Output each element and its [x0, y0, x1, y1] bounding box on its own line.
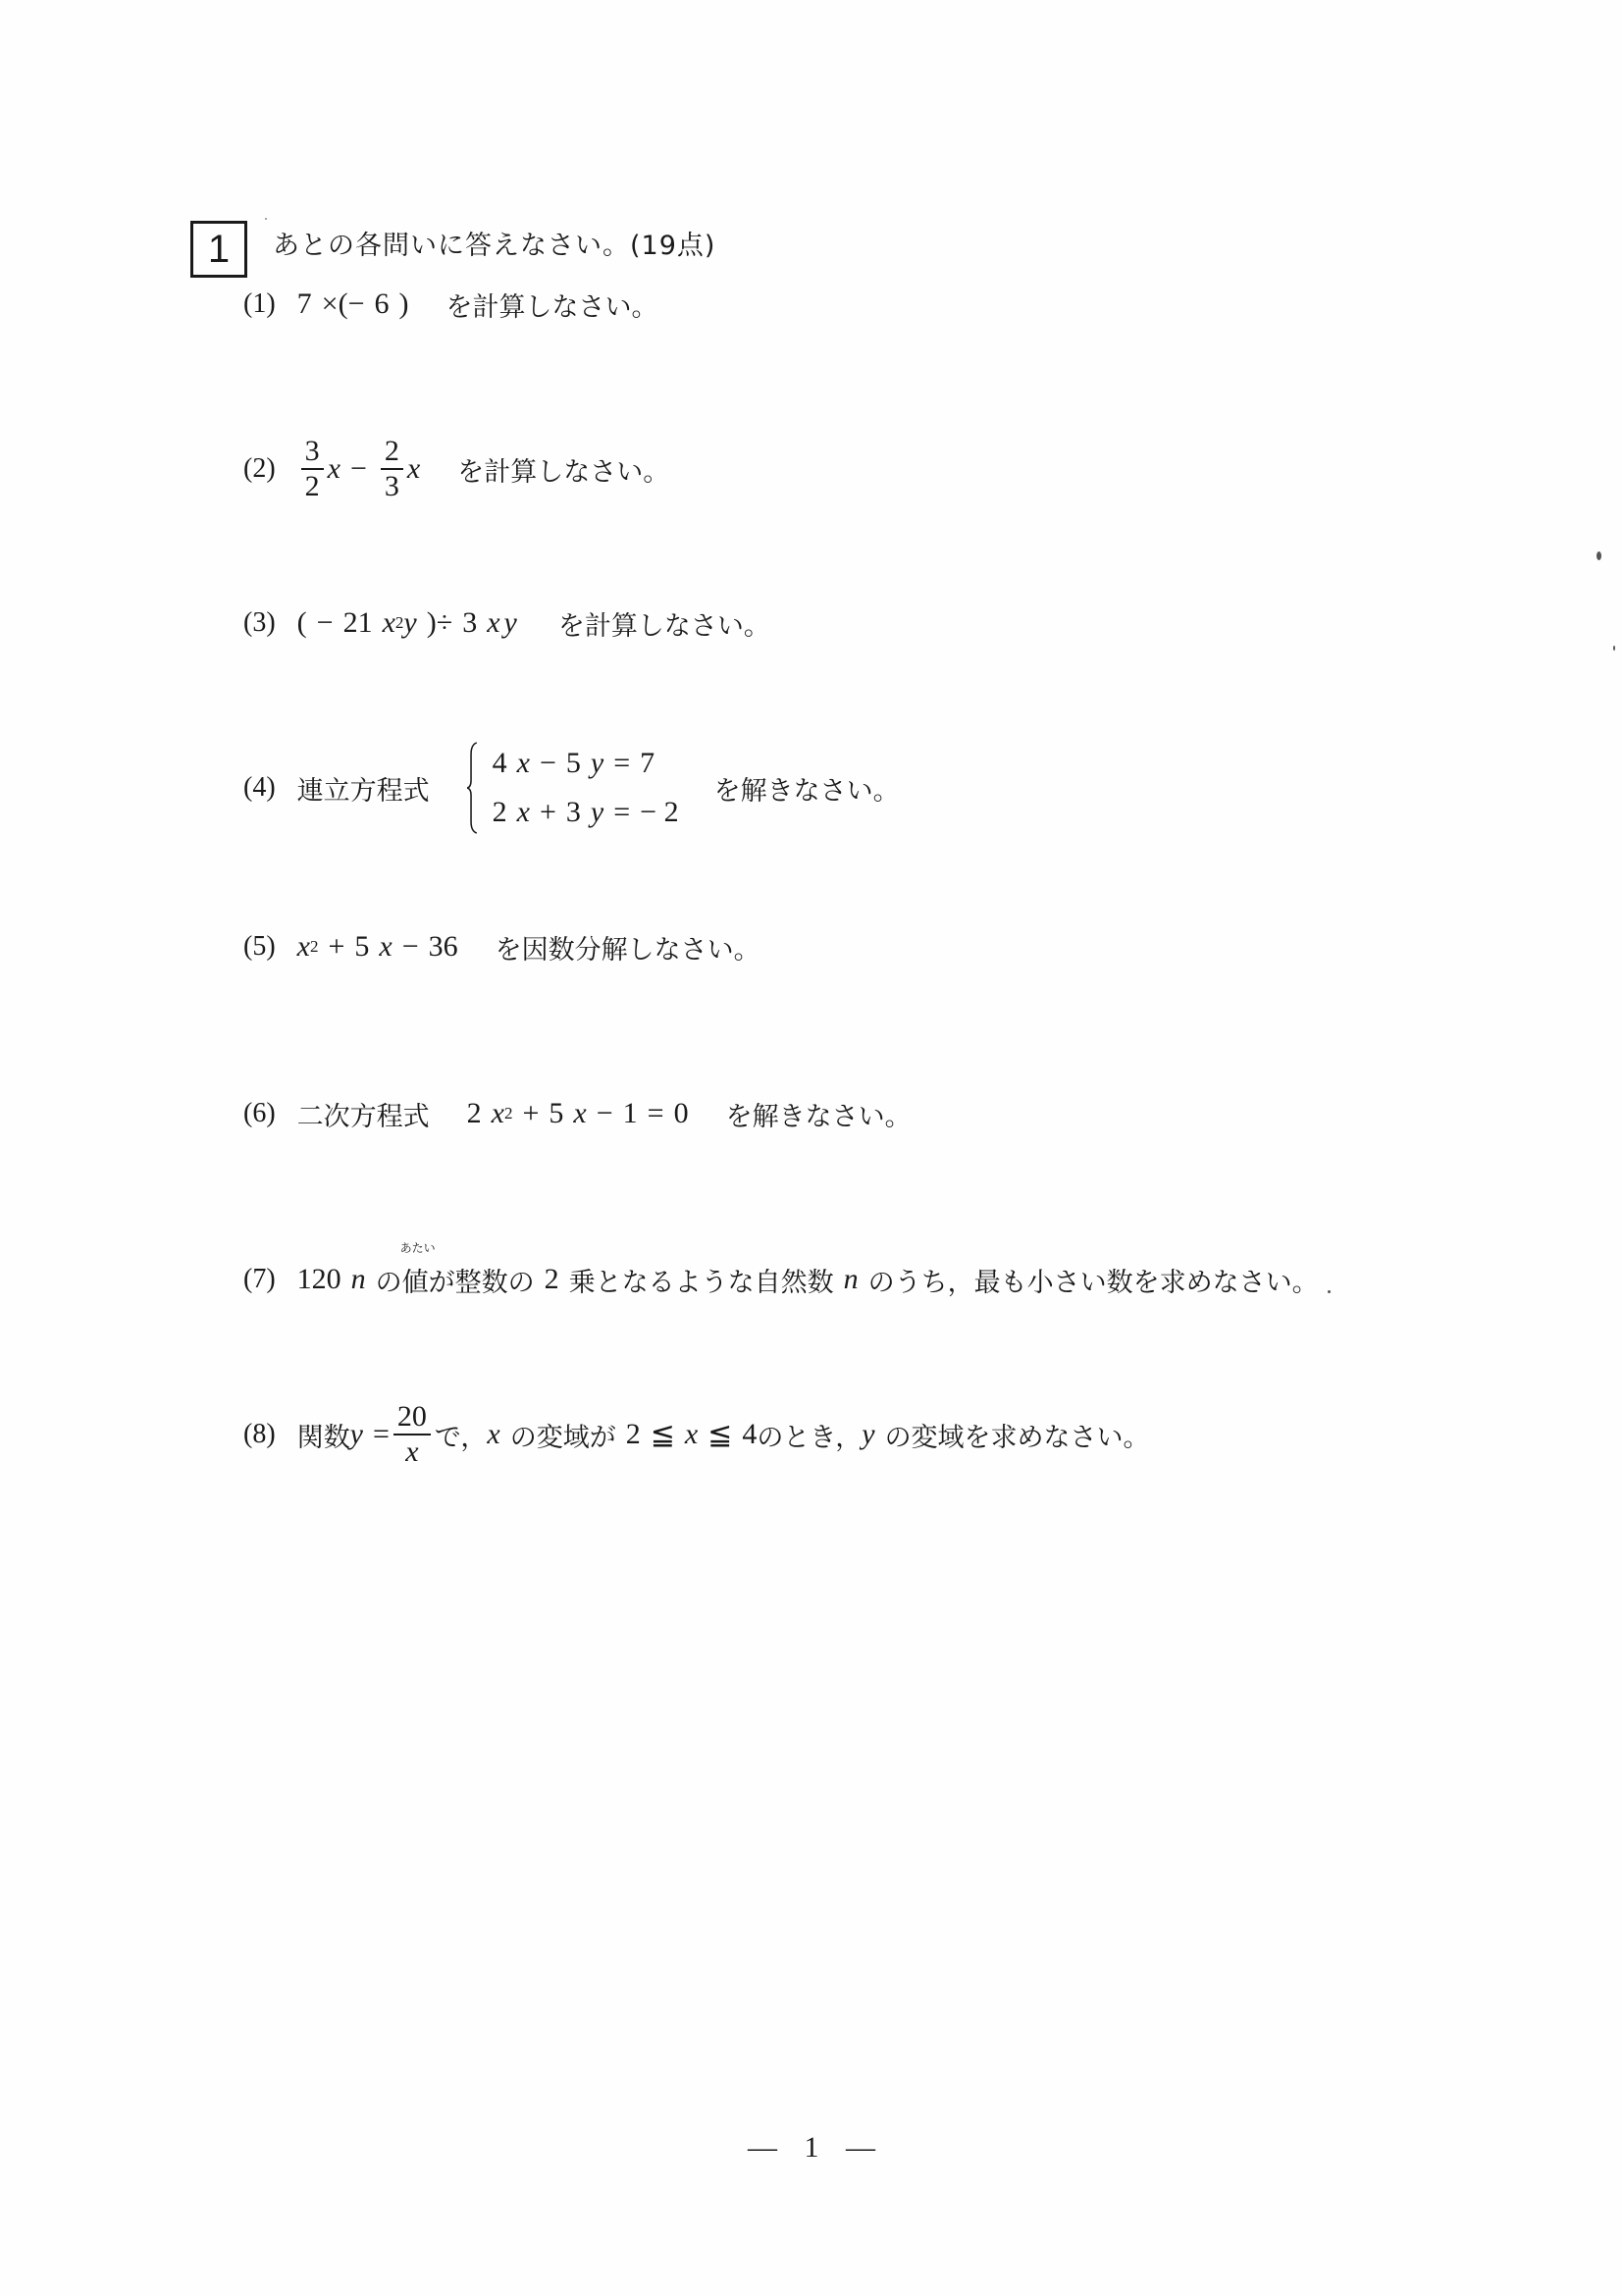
- expr-paren: (: [339, 287, 348, 321]
- ruby-base: 値: [402, 1261, 429, 1299]
- problem-4: (4) 連立方程式 4 x − 5 y =: [243, 734, 900, 842]
- variable: x: [328, 452, 340, 486]
- problem-1: (1) 7 × ( − 6 ) を計算しなさい。: [243, 285, 658, 324]
- problem-5: (5) x 2 + 5 x − 36 を因数分解しなさい。: [243, 927, 760, 966]
- numerator: 2: [381, 435, 403, 468]
- problem-label: (6): [243, 1098, 276, 1129]
- scan-artifact: [265, 218, 267, 220]
- problem-text: で，: [435, 1416, 487, 1454]
- problem-6: (6) 二次方程式 2 x 2 + 5 x − 1 = 0 を解きなさい。: [243, 1094, 912, 1133]
- problem-text: の: [376, 1261, 402, 1299]
- expr-term: 7: [640, 747, 654, 780]
- inequality-sign: ≦: [651, 1418, 675, 1452]
- problem-label: (1): [243, 288, 276, 320]
- expr-term: 21: [343, 606, 373, 640]
- expr-operator: ÷: [437, 606, 452, 640]
- equals-sign: =: [373, 1418, 390, 1451]
- expr-term: 2: [626, 1418, 641, 1451]
- section-instruction: あとの各問いに答えなさい。(19点): [273, 224, 715, 262]
- variable: y: [591, 796, 603, 829]
- variable: x: [297, 930, 310, 964]
- equation-1: 4 x − 5 y = 7: [493, 744, 679, 783]
- problem-text: が整数の: [429, 1261, 535, 1299]
- problem-label: (5): [243, 931, 276, 963]
- expr-term: 5: [549, 1097, 563, 1130]
- exponent: 2: [504, 1104, 513, 1123]
- section-number: 1: [208, 230, 230, 269]
- variable: xy: [487, 606, 521, 640]
- equals-sign: =: [613, 796, 630, 829]
- problem-2: (2) 3 2 x − 2 3 x を計算しなさい。: [243, 430, 669, 508]
- numerator: 3: [301, 435, 324, 468]
- expr-paren: ): [399, 287, 409, 321]
- variable: n: [351, 1263, 366, 1296]
- equation-list: 4 x − 5 y = 7 2 x: [493, 744, 679, 832]
- equals-sign: =: [648, 1097, 664, 1130]
- fraction: 2 3: [381, 435, 403, 503]
- expr-term: 2: [545, 1263, 559, 1296]
- expr-operator: −: [348, 287, 365, 321]
- variable: x: [487, 1418, 499, 1451]
- problem-prompt: を解きなさい。: [726, 1095, 912, 1133]
- problem-8: (8) 関数 y = 20 x で， x の変域が 2 ≦ x ≦ 4 のとき，…: [243, 1395, 1150, 1474]
- fraction: 3 2: [301, 435, 324, 503]
- expr-term: 5: [354, 930, 369, 964]
- problem-label: (2): [243, 453, 276, 485]
- scan-artifact: [1328, 1290, 1331, 1293]
- left-brace-icon: [465, 741, 479, 835]
- expr-term: 6: [375, 287, 390, 321]
- equation-system: 4 x − 5 y = 7 2 x: [465, 741, 679, 835]
- expr-paren: ): [427, 606, 437, 640]
- expr-operator: −: [350, 452, 367, 486]
- section-number-box: 1: [190, 221, 247, 278]
- variable: y: [350, 1418, 363, 1451]
- expr-operator: −: [540, 747, 556, 780]
- problem-prompt: を計算しなさい。: [446, 286, 658, 324]
- expr-operator: −: [597, 1097, 613, 1130]
- denominator: 2: [301, 470, 324, 503]
- expr-operator: ×: [322, 287, 339, 321]
- problem-label: (8): [243, 1419, 276, 1450]
- expr-operator: +: [522, 1097, 539, 1130]
- problem-text: の変域が: [510, 1416, 616, 1454]
- variable: y: [862, 1418, 874, 1451]
- problem-prompt: を解きなさい。: [714, 769, 900, 808]
- problem-term: 二次方程式: [297, 1095, 430, 1133]
- expr-term: 2: [493, 796, 507, 829]
- expr-term: 120: [297, 1263, 341, 1296]
- fraction: 20 x: [393, 1400, 431, 1469]
- variable: n: [844, 1263, 859, 1296]
- problem-prompt: を因数分解しなさい。: [496, 928, 760, 966]
- expr-term: 3: [462, 606, 477, 640]
- variable: x: [383, 606, 395, 640]
- expr-term: 0: [674, 1097, 689, 1130]
- variable: x: [407, 452, 420, 486]
- problem-3: (3) ( − 21 x 2 y ) ÷ 3 xy を計算しなさい。: [243, 603, 770, 643]
- expr-operator: +: [328, 930, 344, 964]
- expr-term: 3: [566, 796, 581, 829]
- expr-term: 5: [566, 747, 581, 780]
- expr-term: 4: [742, 1418, 757, 1451]
- scan-artifact: [1613, 646, 1615, 651]
- expr-term: − 2: [640, 796, 678, 829]
- numerator: 20: [393, 1400, 431, 1434]
- variable: y: [403, 606, 416, 640]
- expr-operator: +: [540, 796, 556, 829]
- page-number: — 1 —: [748, 2131, 885, 2165]
- expr-paren: (: [297, 606, 307, 640]
- variable: x: [492, 1097, 504, 1130]
- expr-term: 1: [623, 1097, 638, 1130]
- problem-label: (3): [243, 607, 276, 639]
- expr-operator: −: [402, 930, 419, 964]
- inequality-sign: ≦: [707, 1418, 732, 1452]
- expr-term: 2: [467, 1097, 482, 1130]
- variable: x: [517, 747, 530, 780]
- problem-label: (4): [243, 772, 276, 804]
- problem-text: 乗となるような自然数: [569, 1261, 834, 1299]
- scan-artifact: [1597, 551, 1601, 560]
- problem-text: のうち，最も小さい数を求めなさい。: [868, 1261, 1319, 1299]
- problem-label: (7): [243, 1264, 276, 1295]
- variable: x: [573, 1097, 586, 1130]
- problem-term: 連立方程式: [297, 769, 430, 808]
- equation-2: 2 x + 3 y = − 2: [493, 793, 679, 832]
- problem-7: (7) 120 n の あたい 値 が整数の 2 乗となるような自然数 n のう…: [243, 1258, 1319, 1301]
- denominator: 3: [381, 470, 403, 503]
- furigana: あたい: [400, 1239, 436, 1256]
- variable: x: [517, 796, 530, 829]
- problem-text: のとき，: [757, 1416, 862, 1454]
- problem-text: の変域を求めなさい。: [885, 1416, 1150, 1454]
- expr-operator: −: [317, 606, 334, 640]
- problem-prompt: を計算しなさい。: [558, 604, 770, 643]
- variable: y: [591, 747, 603, 780]
- denominator: x: [401, 1435, 422, 1469]
- expr-term: 4: [493, 747, 507, 780]
- expr-term: 36: [429, 930, 458, 964]
- variable: x: [379, 930, 392, 964]
- exponent: 2: [310, 937, 319, 957]
- variable: x: [685, 1418, 698, 1451]
- problem-term: 関数: [297, 1416, 350, 1454]
- expr-term: 7: [297, 287, 312, 321]
- exam-page: 1 あとの各問いに答えなさい。(19点) (1) 7 × ( − 6 ) を計算…: [0, 0, 1623, 2296]
- problem-prompt: を計算しなさい。: [457, 450, 669, 489]
- ruby-annotation: あたい 値: [402, 1261, 429, 1299]
- equals-sign: =: [613, 747, 630, 780]
